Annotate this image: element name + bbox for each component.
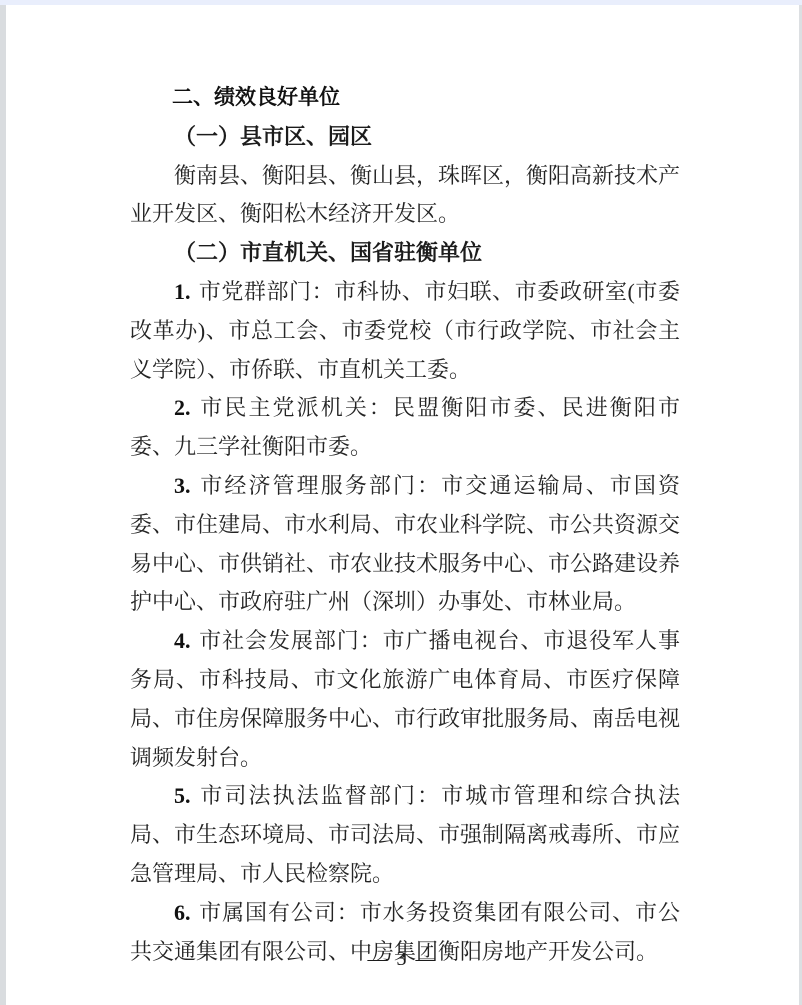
list-item: 3.市经济管理服务部门：市交通运输局、市国资委、市住建局、市水利局、市农业科学院…	[130, 467, 680, 622]
document-body: 二、绩效良好单位 （一）县市区、园区 衡南县、衡阳县、衡山县，珠晖区，衡阳高新技…	[130, 79, 680, 971]
list-item: 4.市社会发展部门：市广播电视台、市退役军人事务局、市科技局、市文化旅游广电体育…	[130, 622, 680, 777]
section-heading: 二、绩效良好单位	[130, 79, 680, 118]
list-item: 5.市司法执法监督部门：市城市管理和综合执法局、市生态环境局、市司法局、市强制隔…	[130, 777, 680, 893]
subsection-title-one: （一）县市区、园区	[130, 118, 680, 157]
list-item-number: 5.	[174, 783, 191, 808]
list-item-text: 市司法执法监督部门：市城市管理和综合执法局、市生态环境局、市司法局、市强制隔离戒…	[130, 783, 680, 886]
document-page: 二、绩效良好单位 （一）县市区、园区 衡南县、衡阳县、衡山县，珠晖区，衡阳高新技…	[6, 5, 799, 1005]
list-item-text: 市党群部门：市科协、市妇联、市委政研室(市委改革办)、市总工会、市委党校（市行政…	[130, 279, 680, 382]
list-item-number: 4.	[174, 628, 191, 653]
list-item-number: 1.	[174, 279, 191, 304]
list-item-number: 6.	[174, 900, 191, 925]
subsection-title-two: （二）市直机关、国省驻衡单位	[130, 234, 680, 273]
page-number: — 3 —	[6, 948, 799, 971]
list-item: 2.市民主党派机关：民盟衡阳市委、民进衡阳市委、九三学社衡阳市委。	[130, 389, 680, 467]
list-item-number: 2.	[174, 395, 191, 420]
county-district-list: 衡南县、衡阳县、衡山县，珠晖区，衡阳高新技术产业开发区、衡阳松木经济开发区。	[130, 157, 680, 235]
list-item-text: 市民主党派机关：民盟衡阳市委、民进衡阳市委、九三学社衡阳市委。	[130, 395, 680, 459]
list-item-text: 市社会发展部门：市广播电视台、市退役军人事务局、市科技局、市文化旅游广电体育局、…	[130, 628, 680, 769]
list-item-text: 市经济管理服务部门：市交通运输局、市国资委、市住建局、市水利局、市农业科学院、市…	[130, 473, 680, 614]
list-item-number: 3.	[174, 473, 191, 498]
list-item: 1.市党群部门：市科协、市妇联、市委政研室(市委改革办)、市总工会、市委党校（市…	[130, 273, 680, 389]
document-viewer: { "colors": { "page_background": "#fffff…	[0, 0, 802, 1005]
